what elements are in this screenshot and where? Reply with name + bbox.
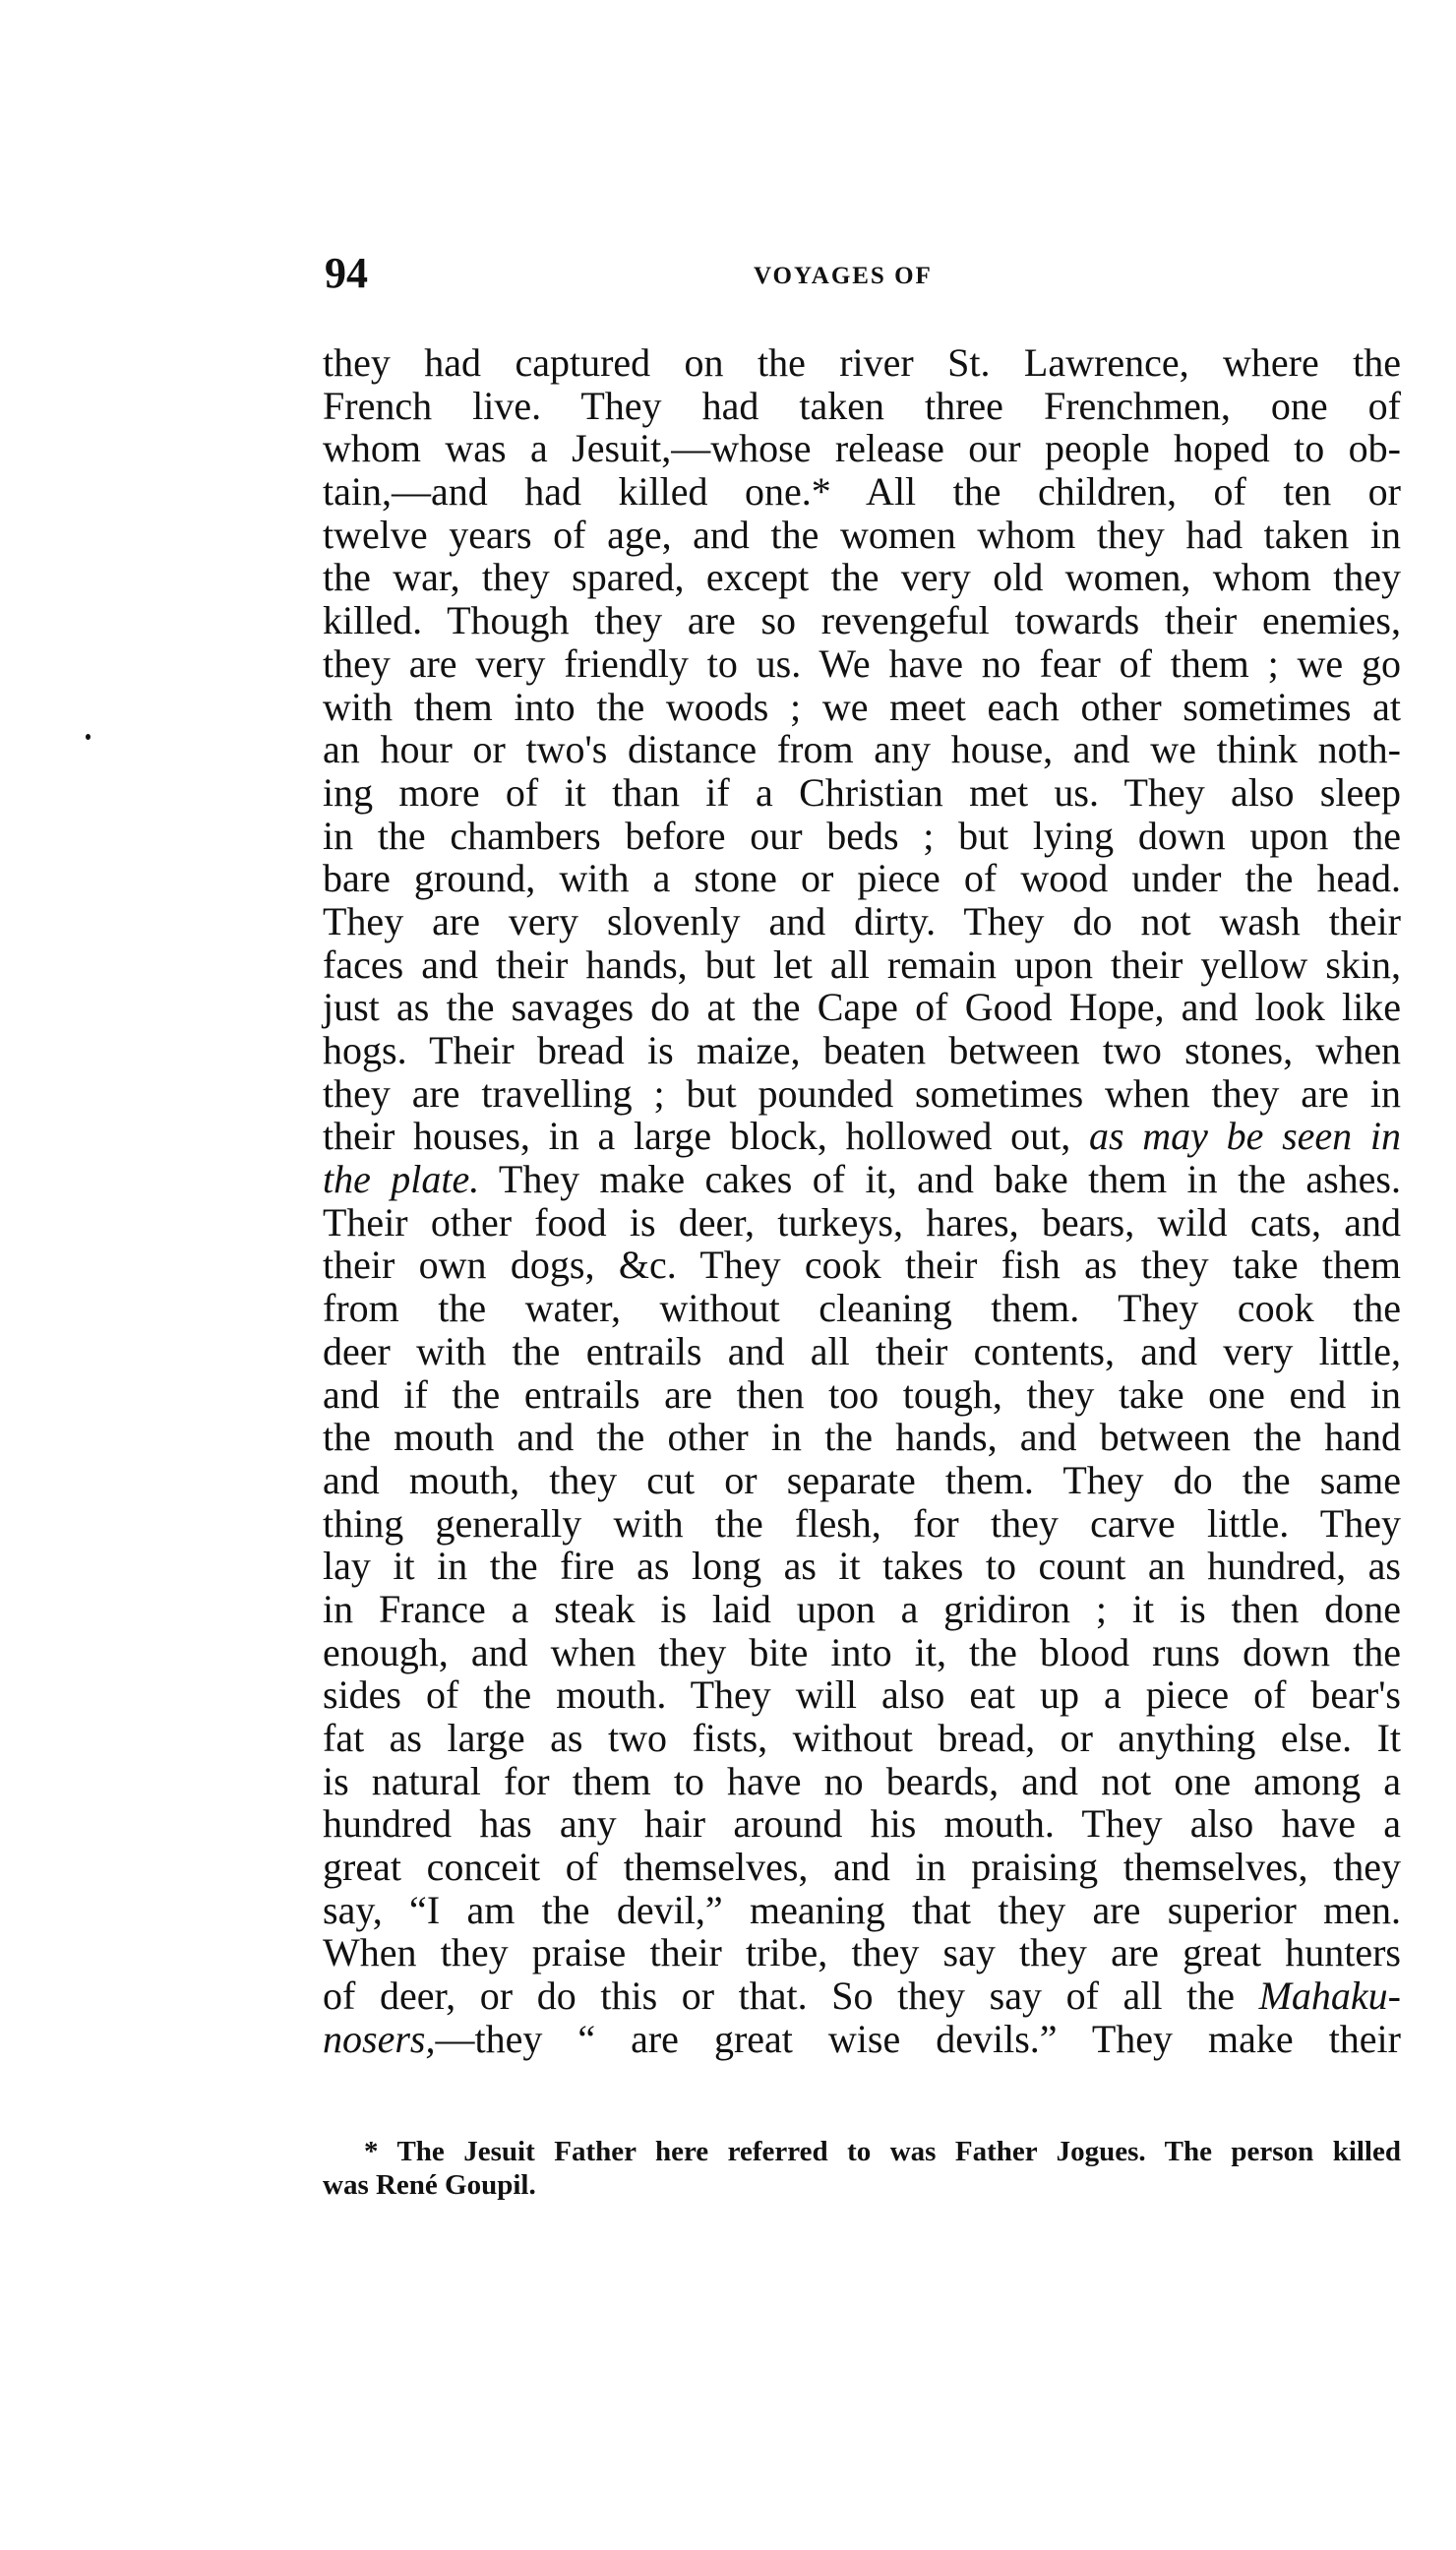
text-line: just as the savages do at the Cape of Go… (323, 986, 1401, 1029)
text-run: ing more of it than if a Christian met u… (323, 770, 1401, 815)
text-run: thing generally with the flesh, for they… (323, 1501, 1401, 1546)
body-text: they had captured on the river St. Lawre… (323, 341, 1401, 2061)
text-run: in the chambers before our beds ; but ly… (323, 814, 1401, 858)
text-line: ing more of it than if a Christian met u… (323, 771, 1401, 815)
scan-speck (86, 734, 91, 740)
footnote-text-1: The Jesuit Father here referred to was F… (396, 2136, 1401, 2167)
text-line: tain,—and had killed one.* All the child… (323, 470, 1401, 514)
text-line: in France a steak is laid upon a gridiro… (323, 1588, 1401, 1631)
text-run: they are travelling ; but pounded someti… (323, 1071, 1401, 1116)
page-number: 94 (325, 252, 368, 295)
italic-text: nosers, (323, 2017, 435, 2061)
text-run: When they praise their tribe, they say t… (323, 1930, 1401, 1974)
text-line: their own dogs, &c. They cook their fish… (323, 1244, 1401, 1287)
text-line: say, “I am the devil,” meaning that they… (323, 1889, 1401, 1932)
text-line: is natural for them to have no beards, a… (323, 1760, 1401, 1803)
text-line: French live. They had taken three French… (323, 385, 1401, 428)
text-run: They are very slovenly and dirty. They d… (323, 899, 1401, 943)
text-line: from the water, without cleaning them. T… (323, 1287, 1401, 1330)
text-line: killed. Though they are so revengeful to… (323, 599, 1401, 642)
text-line: they had captured on the river St. Lawre… (323, 341, 1401, 385)
footnote-marker: * (364, 2136, 379, 2167)
text-run: faces and their hands, but let all remai… (323, 942, 1401, 987)
text-run: tain,—and had killed one.* All the child… (323, 469, 1401, 514)
text-line: sides of the mouth. They will also eat u… (323, 1673, 1401, 1717)
text-run: enough, and when they bite into it, the … (323, 1630, 1401, 1674)
text-run: bare ground, with a stone or piece of wo… (323, 856, 1401, 900)
text-line: the war, they spared, except the very ol… (323, 556, 1401, 599)
text-run: twelve years of age, and the women whom … (323, 513, 1401, 557)
text-run: with them into the woods ; we meet each … (323, 685, 1401, 729)
text-line: of deer, or do this or that. So they say… (323, 1974, 1401, 2018)
text-run: their houses, in a large block, hollowed… (323, 1114, 1089, 1158)
text-run: deer with the entrails and all their con… (323, 1329, 1401, 1373)
text-line: bare ground, with a stone or piece of wo… (323, 857, 1401, 900)
text-line: the mouth and the other in the hands, an… (323, 1416, 1401, 1459)
text-run: and if the entrails are then too tough, … (323, 1372, 1401, 1417)
text-line: with them into the woods ; we meet each … (323, 686, 1401, 729)
text-run: great conceit of themselves, and in prai… (323, 1845, 1401, 1889)
text-line: great conceit of themselves, and in prai… (323, 1846, 1401, 1889)
text-run: hogs. Their bread is maize, beaten betwe… (323, 1028, 1401, 1072)
text-line: faces and their hands, but let all remai… (323, 943, 1401, 987)
text-line: twelve years of age, and the women whom … (323, 514, 1401, 557)
text-line: enough, and when they bite into it, the … (323, 1631, 1401, 1674)
text-run: from the water, without cleaning them. T… (323, 1286, 1401, 1330)
text-line: whom was a Jesuit,—whose release our peo… (323, 427, 1401, 470)
text-run: fat as large as two fists, without bread… (323, 1716, 1401, 1760)
running-head: VOYAGES OF (754, 264, 974, 288)
text-line: an hour or two's distance from any house… (323, 728, 1401, 771)
text-line: nosers,—they “ are great wise devils.” T… (323, 2018, 1401, 2061)
text-line: deer with the entrails and all their con… (323, 1330, 1401, 1373)
footnote: * The Jesuit Father here referred to was… (323, 2135, 1401, 2202)
text-line: fat as large as two fists, without bread… (323, 1717, 1401, 1760)
text-run: is natural for them to have no beards, a… (323, 1759, 1401, 1803)
text-line: their houses, in a large block, hollowed… (323, 1115, 1401, 1158)
text-run: French live. They had taken three French… (323, 384, 1401, 428)
text-run: killed. Though they are so revengeful to… (323, 598, 1401, 642)
text-run: sides of the mouth. They will also eat u… (323, 1672, 1401, 1717)
text-line: hundred has any hair around his mouth. T… (323, 1802, 1401, 1846)
text-line: and mouth, they cut or separate them. Th… (323, 1459, 1401, 1502)
text-run: whom was a Jesuit,—whose release our peo… (323, 426, 1401, 470)
text-line: they are very friendly to us. We have no… (323, 642, 1401, 686)
text-run: they are very friendly to us. We have no… (323, 641, 1401, 686)
footnote-line-1: * The Jesuit Father here referred to was… (323, 2135, 1401, 2168)
text-run: the war, they spared, except the very ol… (323, 555, 1401, 599)
text-run: an hour or two's distance from any house… (323, 727, 1401, 771)
text-line: they are travelling ; but pounded someti… (323, 1072, 1401, 1116)
text-run: the mouth and the other in the hands, an… (323, 1415, 1401, 1459)
text-line: When they praise their tribe, they say t… (323, 1931, 1401, 1974)
text-line: Their other food is deer, turkeys, hares… (323, 1201, 1401, 1245)
text-run: just as the savages do at the Cape of Go… (323, 985, 1401, 1029)
italic-text: as may be seen in (1089, 1114, 1401, 1158)
text-line: thing generally with the flesh, for they… (323, 1502, 1401, 1546)
text-run: —they “ are great wise devils.” They mak… (435, 2017, 1401, 2061)
text-run: Their other food is deer, turkeys, hares… (323, 1200, 1401, 1245)
text-run: lay it in the fire as long as it takes t… (323, 1544, 1401, 1588)
italic-text: Mahaku- (1259, 1973, 1401, 2018)
text-run: they had captured on the river St. Lawre… (323, 340, 1401, 385)
text-run: of deer, or do this or that. So they say… (323, 1973, 1259, 2018)
text-line: lay it in the fire as long as it takes t… (323, 1545, 1401, 1588)
text-run: They make cakes of it, and bake them in … (479, 1157, 1401, 1201)
text-line: in the chambers before our beds ; but ly… (323, 815, 1401, 858)
text-line: hogs. Their bread is maize, beaten betwe… (323, 1029, 1401, 1072)
text-line: the plate. They make cakes of it, and ba… (323, 1158, 1401, 1201)
text-run: and mouth, they cut or separate them. Th… (323, 1458, 1401, 1502)
text-run: say, “I am the devil,” meaning that they… (323, 1888, 1401, 1932)
text-run: in France a steak is laid upon a gridiro… (323, 1587, 1401, 1631)
text-line: and if the entrails are then too tough, … (323, 1373, 1401, 1417)
footnote-line-2: was René Goupil. (323, 2168, 1401, 2202)
text-run: hundred has any hair around his mouth. T… (323, 1801, 1401, 1846)
text-run: their own dogs, &c. They cook their fish… (323, 1243, 1401, 1287)
text-line: They are very slovenly and dirty. They d… (323, 900, 1401, 943)
italic-text: the plate. (323, 1157, 479, 1201)
